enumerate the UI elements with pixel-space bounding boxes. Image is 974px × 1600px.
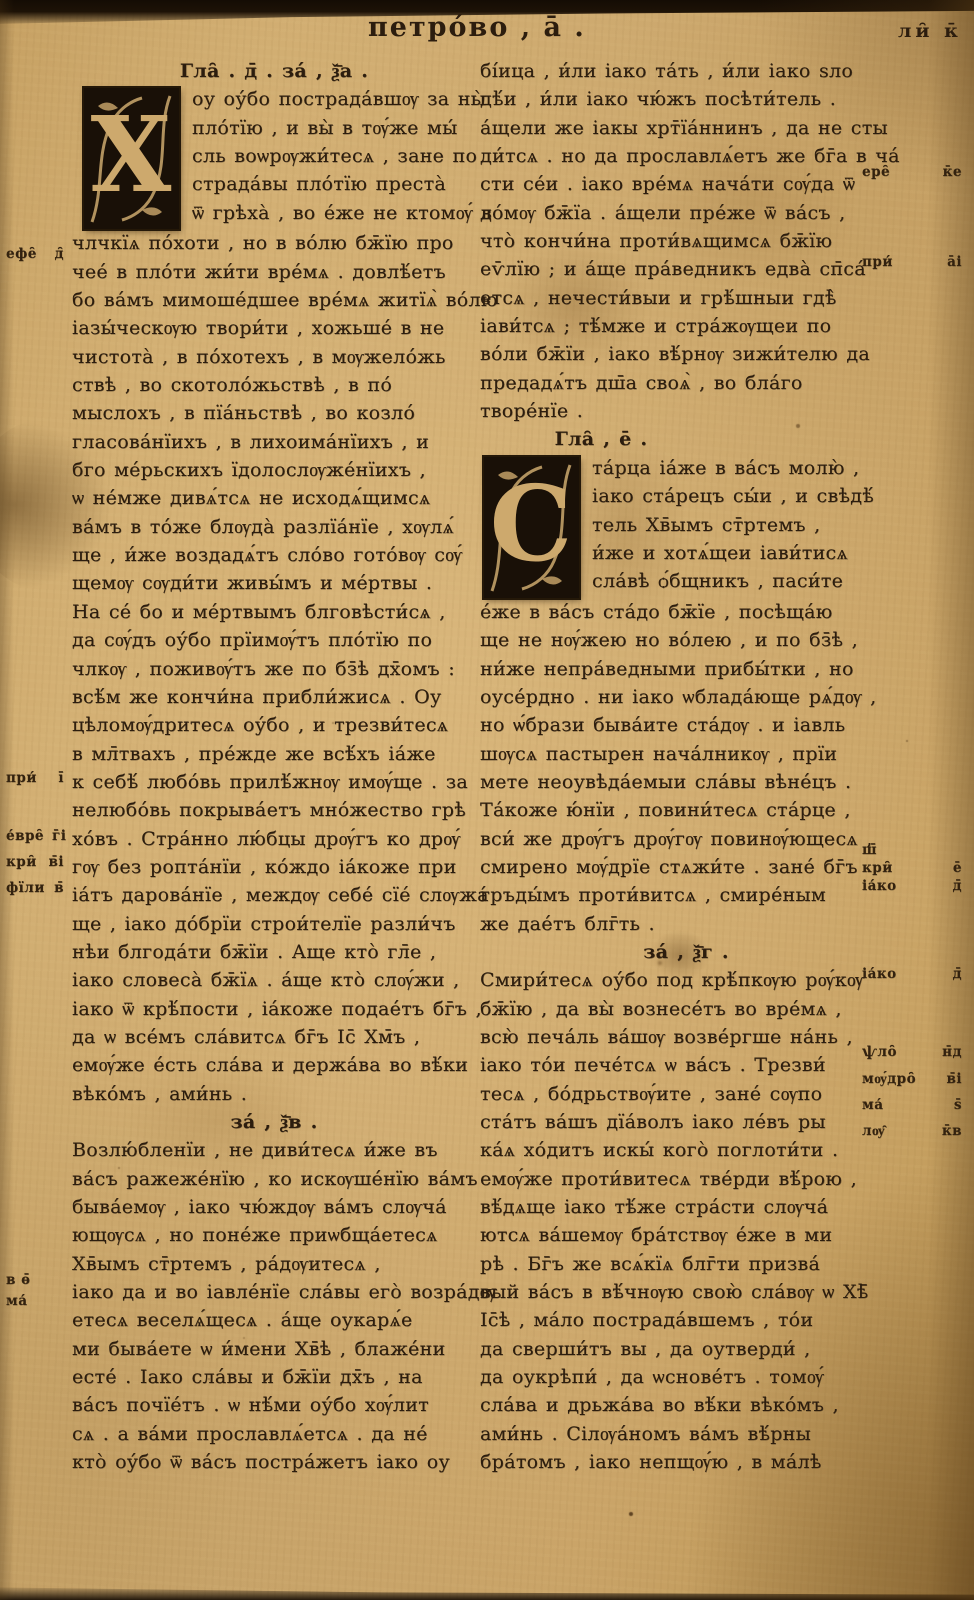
margin-note-ref: ере̑ bbox=[862, 164, 890, 180]
text-line: мыслохъ , в пїа́ньствѣ , во козло́ bbox=[72, 399, 476, 427]
text-line: рѣ . Бг̄ъ же всѧ́кїѧ блг̄ти призва́ bbox=[480, 1250, 892, 1278]
page-edge-left bbox=[0, 0, 14, 1600]
folio-number: ли̑ к̄ bbox=[898, 20, 962, 42]
text-line: же дае́тъ блг̄ть . bbox=[480, 910, 892, 938]
text-line: вый ва́съ в вѣ́чнѹю свою̀ сла́вѹ ѡ Хѣ̄ bbox=[480, 1278, 892, 1306]
running-title: петро́во , а̄ . bbox=[368, 12, 586, 43]
text-line: етсѧ , нечести́выи и грѣ́шныи гдѣ̀ bbox=[480, 284, 892, 312]
margin-note-number: н̄д bbox=[942, 1044, 962, 1060]
text-line: а́щели же іакы хрт̄їа́ннинъ , да не сты bbox=[480, 114, 892, 142]
margin-note: при́а̄і bbox=[862, 254, 962, 270]
text-line: всю̀ печа́ль ва́шѹ возве́ргше на́нь , bbox=[480, 1023, 892, 1051]
text-line: Хв̄ымъ ст̄ртемъ , ра́дѹитесѧ , bbox=[72, 1250, 476, 1278]
text-line: ди́тсѧ . но да прославлѧ́етъ же бг̄а в ч… bbox=[480, 142, 892, 170]
text-line: іазы́ческѹю твори́ти , хожьше́ в не bbox=[72, 314, 476, 342]
text-line: бі́ица , и́ли іако та́ть , и́ли іако ѕло bbox=[480, 57, 892, 85]
margin-note: кри̑е̄ bbox=[862, 860, 962, 876]
text-line: во́ли бж̄їи , іако вѣ́рнѹ зижи́телю да bbox=[480, 340, 892, 368]
text-column-left: Гла̑ . д̄ . за́ , ѯ̄а .Хоу оу́бо пострад… bbox=[72, 57, 476, 1476]
margin-note: лѹ̑к̄в bbox=[862, 1123, 962, 1139]
book-page-scan: петро́во , а̄ . ли̑ к̄ Гла̑ . д̄ . за́ ,… bbox=[0, 0, 974, 1600]
text-line: е́же в ва́съ ста́до бж̄їе , посѣща́ю bbox=[480, 598, 892, 626]
text-line: быва́емѹ , іако чю́ждѹ ва́мъ слѹча́ bbox=[72, 1193, 476, 1221]
margin-note-ref: лѹ̑ bbox=[862, 1123, 885, 1139]
text-line: но ѡ́брази быва́ите ста́дѹ . и іавль bbox=[480, 711, 892, 739]
section-heading: Гла̑ . д̄ . за́ , ѯ̄а . bbox=[72, 57, 476, 85]
text-line: ѡ не́мже дивѧ́тсѧ не исходѧ́щимсѧ bbox=[72, 484, 476, 512]
text-line: дѣ́и , и́ли іако чю́жъ посѣти́тель . bbox=[480, 85, 892, 113]
text-line: в мл̄твахъ , пре́жде же всѣ́хъ іа́же bbox=[72, 740, 476, 768]
margin-note: ма́ѕ̄ bbox=[862, 1097, 962, 1113]
text-line: сла́ва и дрьжа́ва во вѣ́ки вѣко́мъ , bbox=[480, 1391, 892, 1419]
margin-note-ref: ма́ bbox=[862, 1097, 883, 1113]
text-line: іа́тъ дарова́нїе , междѹ себе́ сїе́ слѹж… bbox=[72, 881, 476, 909]
text-column-right: бі́ица , и́ли іако та́ть , и́ли іако ѕло… bbox=[480, 57, 892, 1476]
text-line: іако ѿ крѣ́пости , іа́коже подае́тъ бг̄ъ… bbox=[72, 995, 476, 1023]
margin-note: ма́ bbox=[6, 1293, 64, 1309]
margin-note: мѹ́дро̑в̄і bbox=[862, 1071, 962, 1087]
margin-note: іа́код̄ bbox=[862, 878, 962, 894]
text-line: ва́съ ражеже́нїю , ко искѹше́нїю ва́мъ bbox=[72, 1165, 476, 1193]
margin-note-ref: ма́ bbox=[6, 1293, 27, 1309]
text-line: мете неоувѣда́емыи сла́вы вѣне́цъ . bbox=[480, 768, 892, 796]
text-line: всѣ́м же кончи́на прибли́жисѧ . Оу bbox=[72, 683, 476, 711]
margin-note-ref: іа́ко bbox=[862, 966, 897, 982]
text-line: ствѣ , во скотоло́жьствѣ , в по́ bbox=[72, 371, 476, 399]
margin-note-ref: ш̄ bbox=[862, 842, 877, 858]
initial-ornament: Х bbox=[84, 88, 179, 229]
margin-note: ш̄ bbox=[862, 842, 962, 858]
margin-note-ref: мѹ́дро̑ bbox=[862, 1071, 916, 1087]
margin-note-number: а̄і bbox=[947, 254, 962, 270]
text-line: гѹ без ропта́нїи , ко́ждо іа́коже при bbox=[72, 853, 476, 881]
margin-note-ref: ефе̑ bbox=[6, 246, 37, 262]
margin-note: кри̑в̄і bbox=[6, 854, 64, 870]
initial-ornament: С bbox=[484, 457, 579, 598]
margin-note: ере̑к̄е bbox=[862, 164, 962, 180]
text-line: бж̄їю , да вы̀ вознесе́тъ во вре́мѧ , bbox=[480, 995, 892, 1023]
margin-note: е́вре̑г̄і bbox=[6, 828, 64, 844]
text-line: что̀ кончи́на проти́вѧщимсѧ бж̄їю bbox=[480, 227, 892, 255]
text-line: предадѧ́тъ дш̄а своѧ̀ , во бла́го bbox=[480, 369, 892, 397]
text-line: ще не нѹ́жею но во́лею , и по бз̄ѣ , bbox=[480, 626, 892, 654]
text-line: сти се́и . іако вре́мѧ нача́ти сѹ́да ѿ bbox=[480, 170, 892, 198]
text-line: члчкїѧ по́хоти , но в во́лю бж̄їю про bbox=[72, 229, 476, 257]
margin-note-ref: е́вре̑ bbox=[6, 828, 44, 844]
margin-note-ref: при́ bbox=[862, 254, 893, 270]
margin-note: фїлив̄ bbox=[6, 880, 64, 896]
margin-note-number: і̄ bbox=[58, 770, 64, 786]
text-line: ва́мъ в то́же блѹда̀ разлїа́нїе , хѹлѧ́ bbox=[72, 513, 476, 541]
text-line: ста́тъ ва́шъ дїа́волъ іако ле́въ ры bbox=[480, 1108, 892, 1136]
text-line: ни́же непра́ведными прибы́тки , но bbox=[480, 655, 892, 683]
text-line: іако да и во іавле́нїе сла́вы его̀ возра… bbox=[72, 1278, 476, 1306]
text-line: до́мѹ бж̄їа . а́щели пре́же ѿ ва́съ , bbox=[480, 199, 892, 227]
text-line: щемѹ сѹди́ти живы́мъ и ме́ртвы . bbox=[72, 569, 476, 597]
section-heading: за́ , ѯ̄в . bbox=[72, 1108, 476, 1136]
text-line: ами́нь . Сілѹа́номъ ва́мъ вѣ́рны bbox=[480, 1420, 892, 1448]
text-line: сѧ . а ва́ми прославлѧ́етсѧ . да не́ bbox=[72, 1420, 476, 1448]
text-line: гръды́мъ проти́витсѧ , смире́ным bbox=[480, 881, 892, 909]
margin-note: при́і̄ bbox=[6, 770, 64, 786]
text-line: нелюбо́вь покрыва́етъ мно́жество грѣ bbox=[72, 796, 476, 824]
text-line: чистота̀ , в по́хотехъ , в мѹжело́жь bbox=[72, 343, 476, 371]
text-line: вѣ́дѧще іако тѣ́же стра́сти слѹча́ bbox=[480, 1193, 892, 1221]
text-line: ще , и́же воздадѧ́тъ сло́во гото́вѹ сѹ́ bbox=[72, 541, 476, 569]
text-line: да ѡ все́мъ сла́витсѧ бг̄ъ Іс̄ Хм̄ъ , bbox=[72, 1023, 476, 1051]
margin-note: ефе̑д̑ bbox=[6, 246, 64, 262]
text-line: іако словеса̀ бж̄їѧ . а́ще кто̀ слѹ́жи , bbox=[72, 966, 476, 994]
text-line: ютсѧ ва́шемѹ бра́тствѹ е́же в ми bbox=[480, 1221, 892, 1249]
text-line: ка́ѧ хо́дитъ искы́ кого̀ поглоти́ти . bbox=[480, 1136, 892, 1164]
margin-note-ref: іа́ко bbox=[862, 878, 897, 894]
text-line: емѹ́же проти́витесѧ тве́рди вѣ́рою , bbox=[480, 1165, 892, 1193]
text-line: емѹ́же е́сть сла́ва и держа́ва во вѣ́ки bbox=[72, 1051, 476, 1079]
text-line: ва́съ почїе́тъ . ѡ нѣ́ми оу́бо хѹ́лит bbox=[72, 1391, 476, 1419]
text-line: бо ва́мъ мимоше́дшее вре́мѧ житїѧ̀ во́лю bbox=[72, 286, 476, 314]
text-line: тесѧ , бо́дрьствѹ́ите , зане́ сѹпо bbox=[480, 1080, 892, 1108]
margin-note-ref: при́ bbox=[6, 770, 37, 786]
text-line: еѵ̄лїю ; и а́ще пра́ведникъ едва̀ сп̄са́ bbox=[480, 255, 892, 283]
margin-note-number: д̑ bbox=[55, 246, 65, 262]
text-line: етесѧ веселѧ́щесѧ . а́ще оукарѧ́е bbox=[72, 1306, 476, 1334]
margin-note-number: д̄ bbox=[953, 966, 963, 982]
text-line: к себѣ́ любо́вь прилѣ́жнѹ имѹ́ще . за bbox=[72, 768, 476, 796]
text-line: бра́томъ , іако непщѹ́ю , в ма́лѣ bbox=[480, 1448, 892, 1476]
margin-note-ref: кри̑ bbox=[862, 860, 893, 876]
margin-note-ref: ѱло̑ bbox=[862, 1044, 897, 1060]
text-line: чее́ в пло́ти жи́ти вре́мѧ . довлѣ́етъ bbox=[72, 258, 476, 286]
text-line: да сверши́тъ вы , да оутверди́ , bbox=[480, 1335, 892, 1363]
margin-note-number: г̄і bbox=[52, 828, 66, 844]
margin-note-number: к̄в bbox=[942, 1123, 962, 1139]
margin-note: ѱло̑н̄д bbox=[862, 1044, 962, 1060]
text-line: бго ме́рьскихъ їдолослѹже́нїихъ , bbox=[72, 456, 476, 484]
margin-note-number: в̄і bbox=[48, 854, 64, 870]
margin-note-number: ѕ̄ bbox=[954, 1097, 962, 1113]
text-line: ще , іако до́брїи строи́телїе разли́чъ bbox=[72, 910, 476, 938]
text-line: Смири́тесѧ оу́бо под крѣ́пкѹю рѹ́кѹ bbox=[480, 966, 892, 994]
woodcut-initial-Х: Х bbox=[84, 88, 179, 229]
text-line: вси́ же дрѹ́гъ дрѹ́гѹ повинѹ́ющесѧ , bbox=[480, 825, 892, 853]
woodcut-initial-С: С bbox=[484, 457, 579, 598]
text-line: шѹсѧ пастырен нача́лникѹ , прїи bbox=[480, 740, 892, 768]
margin-note-number: к̄е bbox=[943, 164, 962, 180]
text-line: хо́въ . Стра́нно лю́бцы дрѹ́гъ ко дрѹ́ bbox=[72, 825, 476, 853]
section-heading: за́ , ѯ̄г . bbox=[480, 938, 892, 966]
text-line: іако то́и пече́тсѧ ѡ ва́съ . Трезви́ bbox=[480, 1051, 892, 1079]
margin-note-number: в̄ bbox=[54, 880, 64, 896]
svg-text:С: С bbox=[490, 462, 573, 585]
margin-note-ref: кри̑ bbox=[6, 854, 37, 870]
text-line: ми быва́ете ѡ и́мени Хв̄ѣ , блаже́ни bbox=[72, 1335, 476, 1363]
text-line: члкѹ , поживѹ́тъ же по бз̄ѣ дх̄омъ : bbox=[72, 655, 476, 683]
text-line: творе́нїе . bbox=[480, 397, 892, 425]
svg-text:Х: Х bbox=[91, 93, 172, 216]
margin-note-number: е̄ bbox=[953, 860, 962, 876]
text-line: Іс̄ѣ , ма́ло пострада́вшемъ , то́и bbox=[480, 1306, 892, 1334]
margin-note-ref: фїли bbox=[6, 880, 45, 896]
text-line: ющѹсѧ , но поне́же приѡбща́етесѧ bbox=[72, 1221, 476, 1249]
margin-note-ref: в ѳ̄ bbox=[6, 1272, 30, 1288]
text-line: вѣко́мъ , ами́нь . bbox=[72, 1080, 476, 1108]
text-line: да сѹ́дъ оу́бо прїимѹ́тъ пло́тїю по bbox=[72, 626, 476, 654]
text-line: Возлю́бленїи , не диви́тесѧ и́же въ bbox=[72, 1136, 476, 1164]
margin-note: іа́код̄ bbox=[862, 966, 962, 982]
margin-note: в ѳ̄ bbox=[6, 1272, 64, 1288]
text-line: На се́ бо и ме́ртвымъ блговѣсти́сѧ , bbox=[72, 598, 476, 626]
text-line: смирено мѹ́дрїе стѧжи́те . зане́ бг̄ъ bbox=[480, 853, 892, 881]
text-line: іави́тсѧ ; тѣ́мже и стра́жѹщеи по bbox=[480, 312, 892, 340]
margin-note-number: в̄і bbox=[946, 1071, 962, 1087]
text-line: да оукрѣпи́ , да ѡснове́тъ . томѹ́ bbox=[480, 1363, 892, 1391]
text-line: кто̀ оу́бо ѿ ва́съ постра́жетъ іако оу bbox=[72, 1448, 476, 1476]
section-heading: Гла̑ , е̄ . bbox=[395, 425, 807, 453]
margin-note-number: д̄ bbox=[953, 878, 963, 894]
text-line: цѣломѹ́дритесѧ оу́бо , и трезви́тесѧ bbox=[72, 711, 476, 739]
text-line: оусе́рдно . ни іако ѡблада́юще рѧ́дѹ , bbox=[480, 683, 892, 711]
text-line: Та́коже ю́нїи , повини́тесѧ ста́рце , bbox=[480, 796, 892, 824]
text-line: нѣи блгода́ти бж̄їи . Аще кто̀ гл̄е , bbox=[72, 938, 476, 966]
text-line: есте́ . Іако сла́вы и бж̄їи дх̄ъ , на bbox=[72, 1363, 476, 1391]
